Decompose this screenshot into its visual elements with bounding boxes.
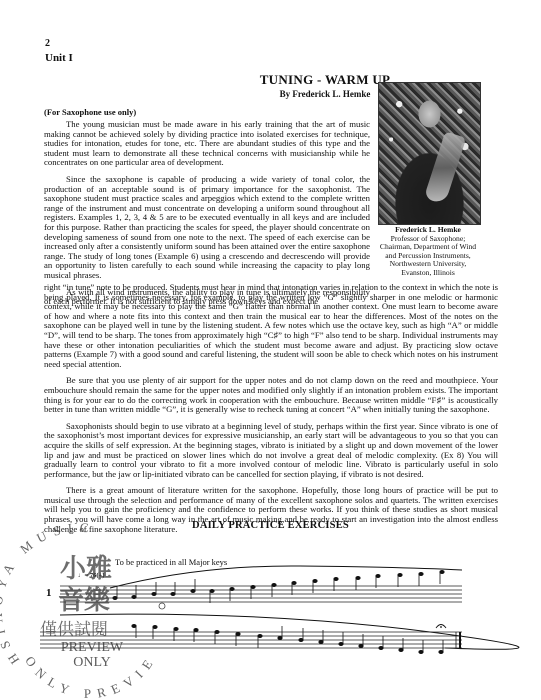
full-width-text: right “in tune” note to be produced. Stu… — [44, 283, 498, 541]
photo-caption: Frederick L. Hemke Professor of Saxophon… — [364, 226, 492, 278]
paragraph: Since the saxophone is capable of produc… — [44, 175, 370, 281]
paragraph: Be sure that you use plenty of air suppo… — [44, 376, 498, 414]
saxophone-shape — [424, 131, 467, 204]
caption-line: Evanston, Illinois — [364, 269, 492, 278]
usage-note: (For Saxophone use only) — [44, 107, 136, 117]
paragraph: right “in tune” note to be produced. Stu… — [44, 283, 498, 369]
author-photo — [378, 82, 481, 225]
section-title: DAILY PRACTICE EXERCISES — [0, 520, 541, 531]
paragraph: The young musician must be made aware in… — [44, 120, 370, 168]
page-number: 2 — [45, 38, 50, 49]
watermark-preview-line: PREVIEW — [42, 640, 142, 655]
watermark-cjk-preview: 僅供試閱 — [40, 615, 108, 640]
watermark-only-line: ONLY — [42, 655, 142, 670]
paragraph: Saxophonists should begin to use vibrato… — [44, 422, 498, 480]
unit-label: Unit I — [45, 52, 73, 64]
watermark-preview-text: PREVIEW ONLY — [42, 640, 142, 670]
column-text: The young musician must be made aware in… — [44, 120, 370, 307]
watermark-cjk-music: 音樂 — [58, 580, 110, 617]
